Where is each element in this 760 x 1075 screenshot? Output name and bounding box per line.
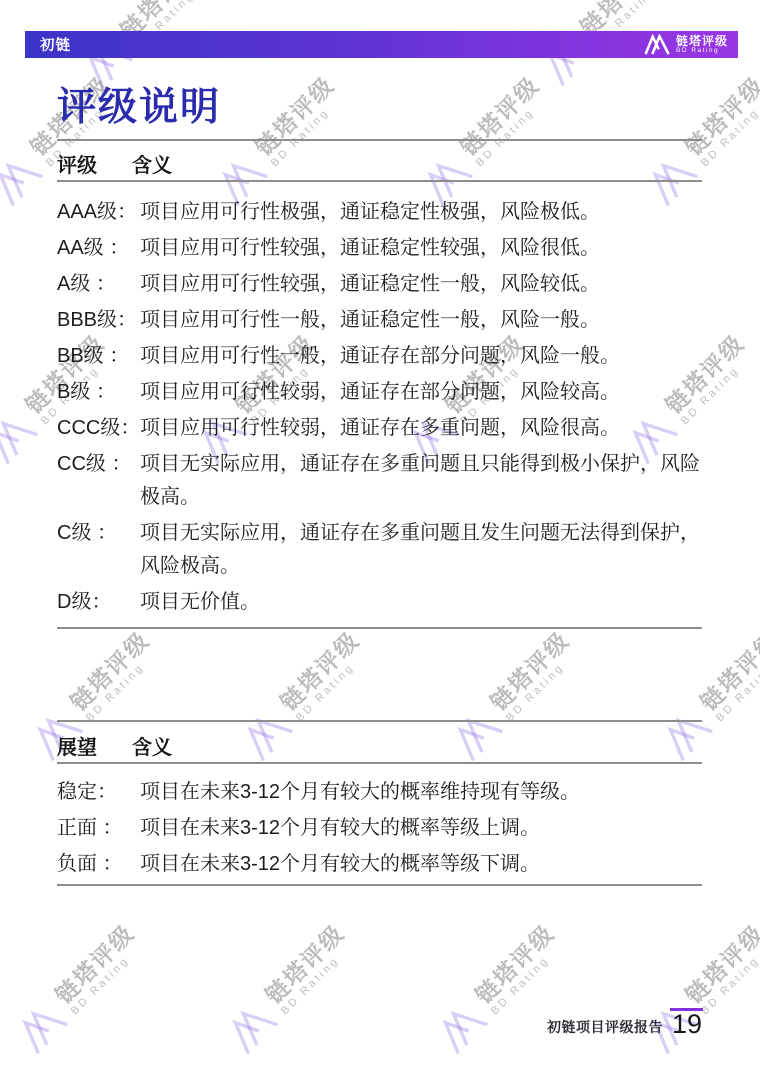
rating-row-label: AAA级： <box>57 196 140 229</box>
rating-row-label: B级 ： <box>57 376 140 409</box>
rating-row-label: CCC级： <box>57 412 140 445</box>
watermark-brand: 链塔评级 <box>682 921 760 1008</box>
rating-row: CCC级：项目应用可行性较弱，通证存在多重问题，风险很高。 <box>57 412 702 445</box>
outlook-row-label: 正面 ： <box>57 812 140 845</box>
outlook-table-rows: 稳定：项目在未来3-12个月有较大的概率维持现有等级。正面 ：项目在未来3-12… <box>57 776 702 884</box>
rating-row: C级 ：项目无实际应用，通证存在多重问题且发生问题无法得到保护，风险极高。 <box>57 517 702 583</box>
watermark-unit: 链塔评级BD Rating <box>211 62 359 210</box>
watermark-brand: 链塔评级 <box>277 628 364 715</box>
outlook-row: 负面 ：项目在未来3-12个月有较大的概率等级下调。 <box>57 848 702 881</box>
meaning-column-header: 含义 <box>132 731 172 760</box>
rating-row: BBB级：项目应用可行性一般，通证稳定性一般，风险一般。 <box>57 304 702 337</box>
watermark-subtitle: BD Rating <box>294 646 372 724</box>
rating-table-top-rule <box>57 139 702 141</box>
watermark-brand: 链塔评级 <box>682 73 760 160</box>
rating-row: CC级 ：项目无实际应用，通证存在多重问题且只能得到极小保护，风险极高。 <box>57 448 702 514</box>
rating-row-description: 项目无价值。 <box>140 586 702 619</box>
outlook-row: 稳定：项目在未来3-12个月有较大的概率维持现有等级。 <box>57 776 702 809</box>
outlook-row-description: 项目在未来3-12个月有较大的概率等级上调。 <box>140 812 702 845</box>
page-title: 评级说明 <box>57 76 221 132</box>
watermark-brand: 链塔评级 <box>252 73 339 160</box>
watermark-subtitle: BD Rating <box>84 646 162 724</box>
rating-row-description: 项目应用可行性较强，通证稳定性较强，风险很低。 <box>140 232 702 265</box>
rating-row: B级 ：项目应用可行性较弱，通证存在部分问题，风险较高。 <box>57 376 702 409</box>
rating-row: D级：项目无价值。 <box>57 586 702 619</box>
watermark-subtitle: BD Rating <box>489 939 567 1017</box>
watermark-brand: 链塔评级 <box>457 73 544 160</box>
rating-table-rows: AAA级：项目应用可行性极强，通证稳定性极强，风险极低。AA级 ：项目应用可行性… <box>57 196 702 622</box>
watermark-subtitle: BD Rating <box>69 939 147 1017</box>
rating-row-description: 项目应用可行性较强，通证稳定性一般，风险较低。 <box>140 268 702 301</box>
outlook-row: 正面 ：项目在未来3-12个月有较大的概率等级上调。 <box>57 812 702 845</box>
watermark-unit: 链塔评级BD Rating <box>416 62 564 210</box>
outlook-column-header: 展望 <box>57 731 132 760</box>
watermark-subtitle: BD Rating <box>699 939 760 1017</box>
watermark-subtitle: BD Rating <box>279 939 357 1017</box>
rating-row: AAA级：项目应用可行性极强，通证稳定性极强，风险极低。 <box>57 196 702 229</box>
watermark-logo-icon <box>0 148 48 210</box>
watermark-subtitle: BD Rating <box>699 91 760 169</box>
rating-row-description: 项目应用可行性一般，通证稳定性一般，风险一般。 <box>140 304 702 337</box>
rating-row-description: 项目无实际应用，通证存在多重问题且只能得到极小保护，风险极高。 <box>140 448 702 514</box>
outlook-table-bottom-rule <box>57 884 702 886</box>
watermark-subtitle: BD Rating <box>504 646 582 724</box>
rating-row-description: 项目应用可行性一般，通证存在部分问题，风险一般。 <box>140 340 702 373</box>
rating-row: BB级 ：项目应用可行性一般，通证存在部分问题，风险一般。 <box>57 340 702 373</box>
watermark-logo-icon <box>431 996 493 1058</box>
outlook-table-header-rule <box>57 762 702 764</box>
brand-logo-icon <box>644 34 671 56</box>
watermark-brand: 链塔评级 <box>52 921 139 1008</box>
watermark-brand: 链塔评级 <box>67 628 154 715</box>
rating-row: AA级 ：项目应用可行性较强，通证稳定性较强，风险很低。 <box>57 232 702 265</box>
watermark-brand: 链塔评级 <box>262 921 349 1008</box>
rating-row-description: 项目应用可行性较弱，通证存在部分问题，风险较高。 <box>140 376 702 409</box>
watermark-logo-icon <box>11 996 73 1058</box>
rating-row-description: 项目应用可行性较弱，通证存在多重问题，风险很高。 <box>140 412 702 445</box>
outlook-row-description: 项目在未来3-12个月有较大的概率等级下调。 <box>140 848 702 881</box>
rating-row-description: 项目应用可行性极强，通证稳定性极强，风险极低。 <box>140 196 702 229</box>
brand-name: 链塔评级 <box>676 35 728 47</box>
watermark-subtitle: BD Rating <box>714 646 760 724</box>
rating-row-label: BB级 ： <box>57 340 140 373</box>
outlook-row-label: 负面 ： <box>57 848 140 881</box>
rating-row-label: D级： <box>57 586 140 619</box>
watermark-brand: 链塔评级 <box>472 921 559 1008</box>
header-bar: 初链 链塔评级 BD Rating <box>25 31 738 58</box>
rating-row-label: BBB级： <box>57 304 140 337</box>
outlook-table-header: 展望 含义 <box>57 731 702 760</box>
watermark-unit: 链塔评级BD Rating <box>221 910 369 1058</box>
brand-logo: 链塔评级 BD Rating <box>644 34 728 56</box>
rating-column-header: 评级 <box>57 149 132 178</box>
footer-page-number: 19 <box>672 1009 702 1040</box>
footer-report-title: 初链项目评级报告 <box>547 1017 663 1037</box>
section-label: 初链 <box>40 34 71 55</box>
rating-row-label: AA级 ： <box>57 232 140 265</box>
rating-row: A级 ：项目应用可行性较强，通证稳定性一般，风险较低。 <box>57 268 702 301</box>
watermark-unit: 链塔评级BD Rating <box>11 910 159 1058</box>
rating-table-bottom-rule <box>57 627 702 629</box>
brand-text: 链塔评级 BD Rating <box>676 35 728 55</box>
rating-row-label: C级 ： <box>57 517 140 583</box>
rating-row-label: A级 ： <box>57 268 140 301</box>
rating-row-description: 项目无实际应用，通证存在多重问题且发生问题无法得到保护，风险极高。 <box>140 517 702 583</box>
watermark-logo-icon <box>0 406 43 468</box>
rating-table-header: 评级 含义 <box>57 149 702 178</box>
rating-table-header-rule <box>57 180 702 182</box>
outlook-row-label: 稳定： <box>57 776 140 809</box>
rating-row-label: CC级 ： <box>57 448 140 514</box>
outlook-row-description: 项目在未来3-12个月有较大的概率维持现有等级。 <box>140 776 702 809</box>
watermark-logo-icon <box>221 996 283 1058</box>
brand-subtitle: BD Rating <box>676 48 728 55</box>
watermark-brand: 链塔评级 <box>487 628 574 715</box>
outlook-table-top-rule <box>57 720 702 722</box>
watermark-brand: 链塔评级 <box>697 628 760 715</box>
page: 链塔评级BD Rating链塔评级BD Rating链塔评级BD Rating链… <box>0 0 760 1075</box>
watermark-unit: 链塔评级BD Rating <box>641 62 760 210</box>
meaning-column-header: 含义 <box>132 149 172 178</box>
